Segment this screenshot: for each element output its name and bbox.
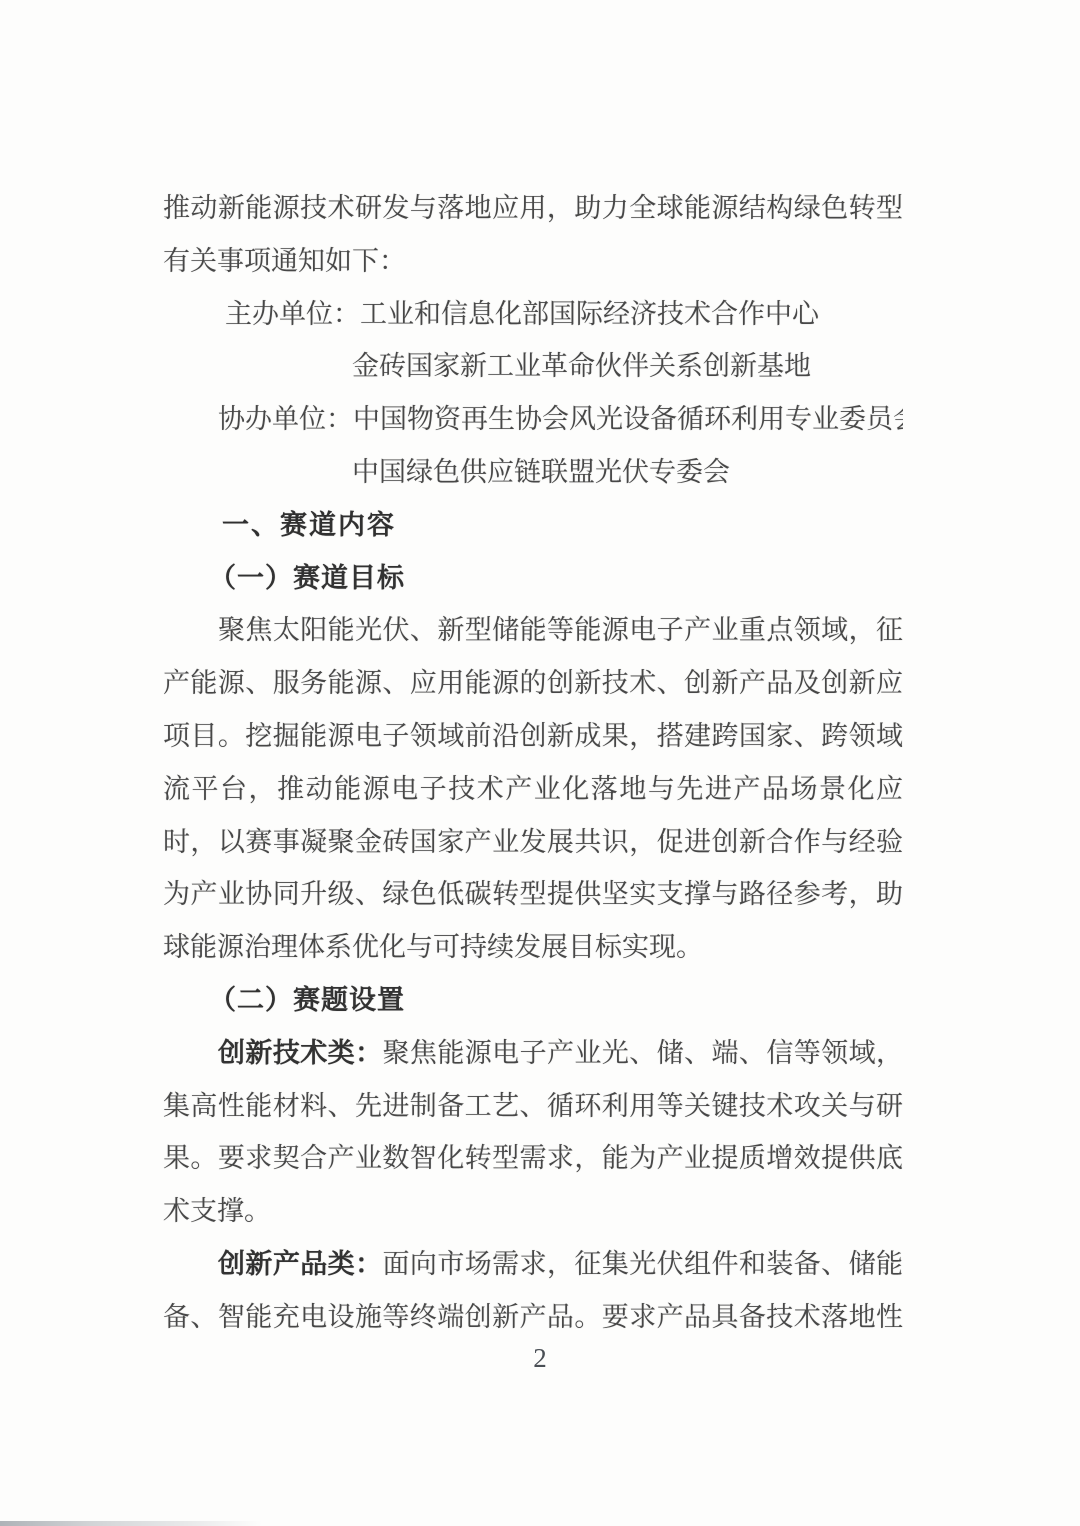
topic-2-line: 备、智能充电设施等终端创新产品。要求产品具备技术落地性与市 [163,1291,903,1344]
subsection-1-heading: （一）赛道目标 [163,552,903,605]
topic-2-label: 创新产品类： [218,1249,383,1279]
topic-1-line: 创新技术类：聚焦能源电子产业光、储、端、信等领域，征 [163,1027,903,1080]
goal-paragraph-line: 流平台，推动能源电子技术产业化落地与先进产品场景化应用。同 [163,763,903,816]
host-unit-label: 主办单位： [225,299,360,329]
topic-1-line: 集高性能材料、先进制备工艺、循环利用等关键技术攻关与研发成 [163,1080,903,1133]
page-content: 推动新能源技术研发与落地应用，助力全球能源结构绿色转型进程。 有关事项通知如下：… [163,182,903,1344]
intro-line-2: 有关事项通知如下： [163,235,903,288]
co-unit-line: 协办单位：中国物资再生协会风光设备循环利用专业委员会 [163,393,903,446]
scan-edge-artifact [0,1521,262,1526]
goal-paragraph-line: 产能源、服务能源、应用能源的创新技术、创新产品及创新应用类 [163,657,903,710]
goal-paragraph-line: 聚焦太阳能光伏、新型储能等能源电子产业重点领域，征集生 [163,604,903,657]
topic-1-line: 果。要求契合产业数智化转型需求，能为产业提质增效提供底层技 [163,1132,903,1185]
host-unit-line: 主办单位：工业和信息化部国际经济技术合作中心 [163,288,903,341]
intro-line-1: 推动新能源技术研发与落地应用，助力全球能源结构绿色转型进程。 [163,182,903,235]
topic-1-label: 创新技术类： [218,1038,383,1068]
section-1-heading: 一、赛道内容 [163,499,903,552]
host-unit-name-2: 金砖国家新工业革命伙伴关系创新基地 [163,340,903,393]
co-unit-name-1: 中国物资再生协会风光设备循环利用专业委员会 [353,404,903,434]
topic-2-line: 创新产品类：面向市场需求，征集光伏组件和装备、储能设 [163,1238,903,1291]
subsection-2-heading: （二）赛题设置 [163,974,903,1027]
topic-1-line: 术支撑。 [163,1185,903,1238]
host-unit-name-1: 工业和信息化部国际经济技术合作中心 [360,299,819,329]
document-page: 推动新能源技术研发与落地应用，助力全球能源结构绿色转型进程。 有关事项通知如下：… [0,0,1080,1526]
co-unit-name-2: 中国绿色供应链联盟光伏专委会 [163,446,903,499]
page-number: 2 [0,1340,1080,1376]
goal-paragraph-line: 球能源治理体系优化与可持续发展目标实现。 [163,921,903,974]
goal-paragraph-line: 项目。挖掘能源电子领域前沿创新成果，搭建跨国家、跨领域的交 [163,710,903,763]
goal-paragraph-line: 为产业协同升级、绿色低碳转型提供坚实支撑与路径参考，助力全 [163,868,903,921]
goal-paragraph-line: 时，以赛事凝聚金砖国家产业发展共识，促进创新合作与经验互鉴， [163,816,903,869]
co-unit-label: 协办单位： [218,404,353,434]
